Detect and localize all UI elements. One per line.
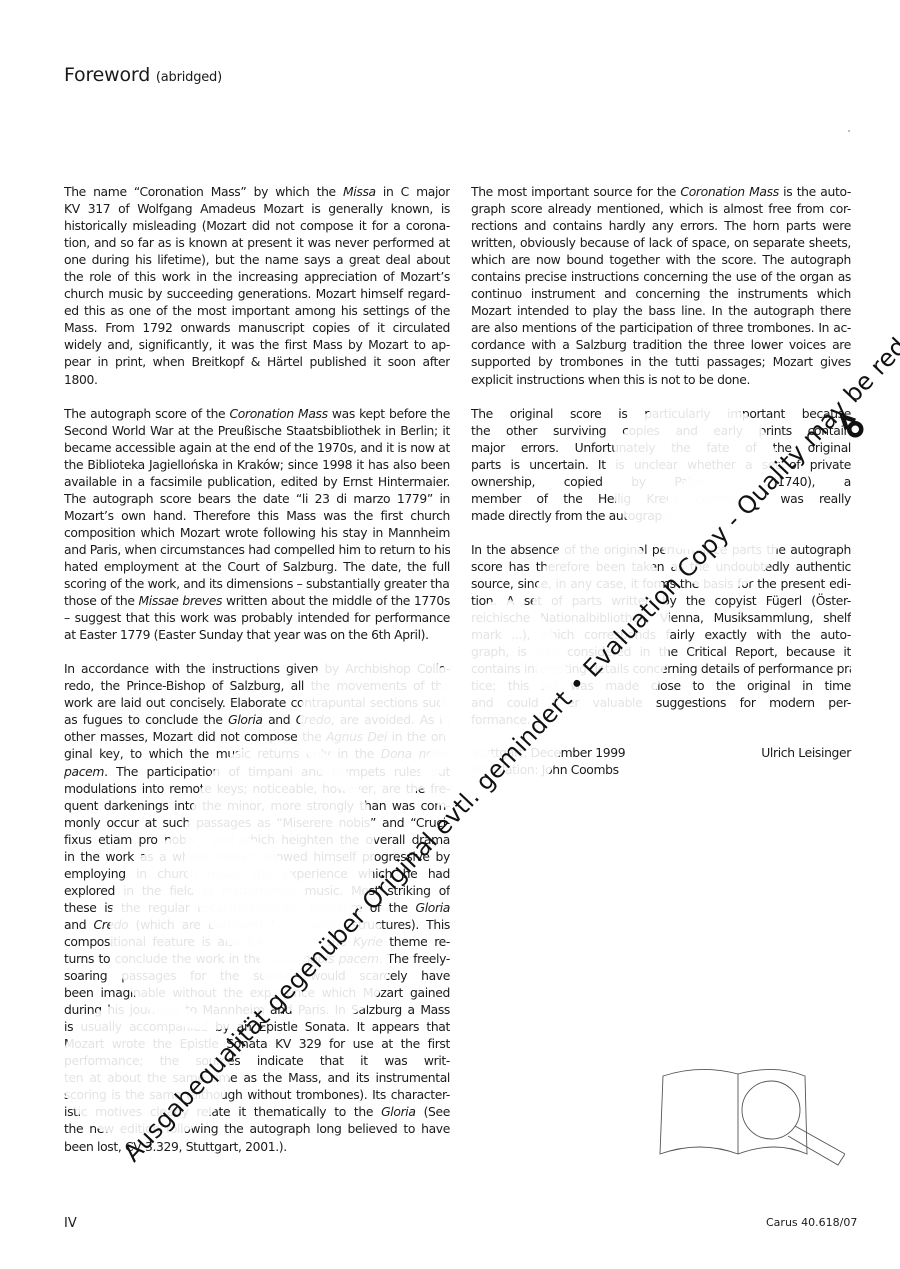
- text-line: scoring is the same (although without tr…: [64, 1087, 450, 1104]
- text-line: source, since, in any case, it forms the…: [471, 576, 851, 593]
- paragraph: The autograph score of the Coronation Ma…: [64, 406, 450, 645]
- text-line: and Credo (which are borrowed from sonat…: [64, 917, 450, 934]
- text-line: KV 317 of Wolfgang Amadeus Mozart is gen…: [64, 201, 450, 218]
- signature-block: Stuttgart, December 1999 Ulrich Leisinge…: [471, 745, 851, 779]
- text-line: at Easter 1779 (Easter Sunday that year …: [64, 627, 450, 644]
- text-line: turns to conclude the work in the Dona n…: [64, 951, 450, 968]
- text-line: the new edition following the autograph …: [64, 1121, 450, 1138]
- text-line: rections and contains hardly any errors.…: [471, 218, 851, 235]
- text-line: formance.: [471, 712, 851, 729]
- text-line: these is the regular recapitulation-like…: [64, 900, 450, 917]
- text-line: monly occur at such passages as “Miserer…: [64, 815, 450, 832]
- text-line: mark ...), which corresponds fairly exac…: [471, 627, 851, 644]
- text-line: graph, is also considered in the Critica…: [471, 644, 851, 661]
- text-line: supported by trombones in the tutti pass…: [471, 354, 851, 371]
- text-line: composition which Mozart wrote following…: [64, 525, 450, 542]
- text-line: performance; the sources indicate that i…: [64, 1053, 450, 1070]
- text-line: The autograph score of the Coronation Ma…: [64, 406, 450, 423]
- text-line: the role of this work in the increasing …: [64, 269, 450, 286]
- text-line: Mozart wrote the Epistle Sonata KV 329 f…: [64, 1036, 450, 1053]
- text-line: in the work as a whole. Mozart showed hi…: [64, 849, 450, 866]
- text-line: ten at about the same time as the Mass, …: [64, 1070, 450, 1087]
- text-line: member of the Heilig Kreuz community, wa…: [471, 491, 851, 508]
- text-line: continuo instrument and concerning the i…: [471, 286, 851, 303]
- catalog-number: Carus 40.618/07: [766, 1216, 857, 1229]
- text-line: 1800.: [64, 372, 450, 389]
- text-line: The original score is particularly impor…: [471, 406, 851, 423]
- text-line: hated employment at the Court of Salzbur…: [64, 559, 450, 576]
- text-line: In the absence of the original performan…: [471, 542, 851, 559]
- signature-date: Stuttgart, December 1999: [471, 745, 625, 762]
- text-line: been imaginable without the experience w…: [64, 985, 450, 1002]
- text-line: Mass. From 1792 onwards manuscript copie…: [64, 320, 450, 337]
- text-line: available in a facsimile publication, ed…: [64, 474, 450, 491]
- text-line: The autograph score bears the date “li 2…: [64, 491, 450, 508]
- text-line: Mozart’s own hand. Therefore this Mass w…: [64, 508, 450, 525]
- text-line: pacem. The participation of timpani and …: [64, 764, 450, 781]
- text-line: istic motives clearly relate it thematic…: [64, 1104, 450, 1121]
- text-line: redo, the Prince-Bishop of Salzburg, all…: [64, 678, 450, 695]
- text-line: – suggest that this work was probably in…: [64, 610, 450, 627]
- text-line: became accessible again at the end of th…: [64, 440, 450, 457]
- text-line: ginal key, to which the music returns on…: [64, 746, 450, 763]
- right-column: The most important source for the Corona…: [471, 184, 851, 746]
- text-line: Mozart intended to play the bass line. I…: [471, 303, 851, 320]
- text-line: The name “Coronation Mass” by which the …: [64, 184, 450, 201]
- text-line: ownership, copied by Pater ... (1740), a: [471, 474, 851, 491]
- text-line: and Paris, when circumstances had compel…: [64, 542, 450, 559]
- title-subtitle: (abridged): [156, 70, 222, 85]
- paragraph: The most important source for the Corona…: [471, 184, 851, 389]
- title-main: Foreword: [64, 64, 150, 86]
- left-column: The name “Coronation Mass” by which the …: [64, 184, 450, 1173]
- text-line: fixus etiam pro nobis,” and which height…: [64, 832, 450, 849]
- text-line: graph score already mentioned, which is …: [471, 201, 851, 218]
- text-line: those of the Missae breves written about…: [64, 593, 450, 610]
- text-line: church music by succeeding generations. …: [64, 286, 450, 303]
- signature-author: Ulrich Leisinger: [761, 745, 851, 762]
- text-line: score has therefore been taken as the un…: [471, 559, 851, 576]
- text-line: tice; this set was made close to the ori…: [471, 678, 851, 695]
- text-line: modulations into remote keys; noticeable…: [64, 781, 450, 798]
- text-line: contains precise instructions concerning…: [471, 269, 851, 286]
- text-line: made directly from the autograph.: [471, 508, 851, 525]
- text-line: major errors. Unfortunately the fate of …: [471, 440, 851, 457]
- text-line: the Biblioteka Jagiellońska in Kraków; s…: [64, 457, 450, 474]
- signature-translation: Translation: John Coombs: [471, 762, 851, 779]
- text-line: other masses, Mozart did not compose the…: [64, 729, 450, 746]
- text-line: been lost, CV 3.329, Stuttgart, 2001.).: [64, 1139, 450, 1156]
- paragraph: In accordance with the instructions give…: [64, 661, 450, 1155]
- text-line: ed this as one of the most important amo…: [64, 303, 450, 320]
- text-line: parts is uncertain. It is unclear whethe…: [471, 457, 851, 474]
- text-line: In accordance with the instructions give…: [64, 661, 450, 678]
- paragraph: In the absence of the original performan…: [471, 542, 851, 730]
- text-line: scoring of the work, and its dimensions …: [64, 576, 450, 593]
- text-line: during his journeys to Mannheim and Pari…: [64, 1002, 450, 1019]
- text-line: and could offer valuable suggestions for…: [471, 695, 851, 712]
- text-line: tion, and so far as is known at present …: [64, 235, 450, 252]
- text-line: written, obviously because of lack of sp…: [471, 235, 851, 252]
- text-line: as fugues to conclude the Gloria and Cre…: [64, 712, 450, 729]
- text-line: employing in church music the experience…: [64, 866, 450, 883]
- text-line: compositional feature is also found when…: [64, 934, 450, 951]
- text-line: reichische Nationalbibliothek, Vienna, M…: [471, 610, 851, 627]
- text-line: which are now bound together with the sc…: [471, 252, 851, 269]
- text-line: explored in the field of instrumental mu…: [64, 883, 450, 900]
- text-line: is usually accompanied by an Epistle Son…: [64, 1019, 450, 1036]
- book-magnifier-icon: [655, 1068, 845, 1168]
- text-line: work are laid out concisely. Elaborate c…: [64, 695, 450, 712]
- text-line: explicit instructions when this is not t…: [471, 372, 851, 389]
- text-line: tion. A set of parts written by the copy…: [471, 593, 851, 610]
- page-title: Foreword (abridged): [64, 64, 222, 86]
- text-line: pear in print, when Breitkopf & Härtel p…: [64, 354, 450, 371]
- text-line: contains interesting details concerning …: [471, 661, 851, 678]
- text-line: historically misleading (Mozart did not …: [64, 218, 450, 235]
- text-line: Second World War at the Preußische Staat…: [64, 423, 450, 440]
- text-line: quent darkenings into the minor, more st…: [64, 798, 450, 815]
- paragraph: The name “Coronation Mass” by which the …: [64, 184, 450, 389]
- text-line: soaring passages for the soloists would …: [64, 968, 450, 985]
- text-line: the other surviving copies and early pri…: [471, 423, 851, 440]
- text-line: one during his lifetime), but the name s…: [64, 252, 450, 269]
- page-number: IV: [64, 1216, 77, 1231]
- text-line: cordance with a Salzburg tradition the t…: [471, 337, 851, 354]
- text-line: The most important source for the Corona…: [471, 184, 851, 201]
- text-line: widely and, significantly, it was the fi…: [64, 337, 450, 354]
- paragraph: The original score is particularly impor…: [471, 406, 851, 525]
- text-line: are also mentions of the participation o…: [471, 320, 851, 337]
- speck: [848, 130, 850, 132]
